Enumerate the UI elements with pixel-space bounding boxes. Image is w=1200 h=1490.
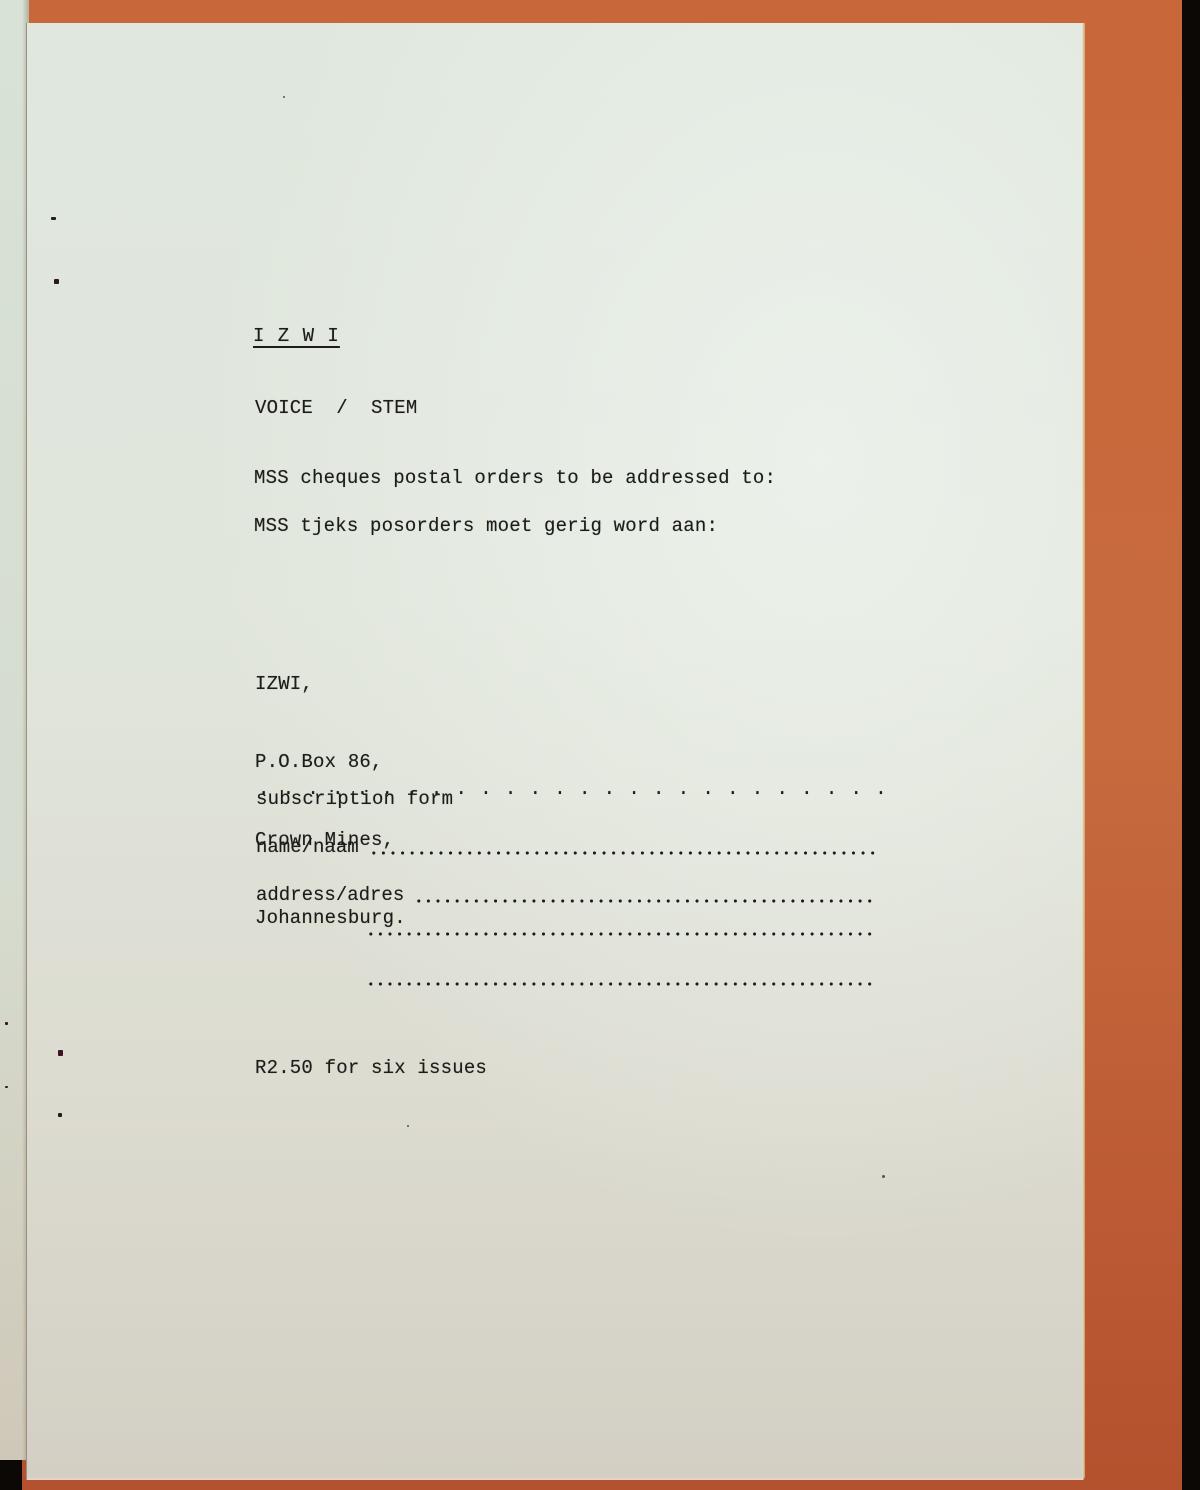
separator-dot: . (456, 778, 481, 800)
paper-speck (283, 96, 285, 98)
punch-mark (54, 279, 59, 284)
name-field-label: name/naam (256, 836, 359, 858)
subscription-form-title: subscription form (256, 788, 453, 810)
separator-dot: . (505, 778, 530, 800)
price-note: R2.50 for six issues (255, 1057, 487, 1079)
punch-mark (51, 217, 56, 220)
separator-dot: . (480, 778, 505, 800)
scanned-document-scene: I Z W I VOICE / STEM MSS cheques postal … (0, 0, 1200, 1490)
address-field[interactable]: address/adres (256, 884, 876, 906)
separator-dot: . (530, 778, 555, 800)
separator-dot: . (801, 778, 826, 800)
subtitle: VOICE / STEM (255, 397, 417, 419)
address-field-continuation[interactable] (366, 982, 876, 989)
address-field-label: address/adres (256, 884, 404, 906)
address-field-continuation[interactable] (366, 932, 876, 939)
separator-dot: . (851, 778, 876, 800)
separator-dot: . (752, 778, 777, 800)
address-fill-line-3[interactable] (366, 982, 876, 986)
underlying-page-edge (0, 0, 29, 1460)
separator-dot: . (554, 778, 579, 800)
separator-dot: . (604, 778, 629, 800)
address-line: Johannesburg. (255, 905, 406, 931)
separator-dot: . (702, 778, 727, 800)
separator-dot: . (875, 778, 900, 800)
page-right-edge (1082, 23, 1085, 1478)
name-fill-line[interactable] (369, 851, 876, 855)
punch-mark (5, 1086, 8, 1088)
punch-mark (58, 1050, 63, 1056)
address-fill-line-1[interactable] (414, 899, 876, 903)
punch-mark (58, 1113, 62, 1117)
separator-dot: . (628, 778, 653, 800)
separator-dot: . (653, 778, 678, 800)
separator-dot: . (826, 778, 851, 800)
instructions-afrikaans: MSS tjeks posorders moet gerig word aan: (254, 515, 718, 537)
masthead-title: I Z W I (253, 325, 340, 347)
separator-dot: . (579, 778, 604, 800)
instructions-english: MSS cheques postal orders to be addresse… (254, 467, 776, 489)
separator-dot: . (727, 778, 752, 800)
name-field[interactable]: name/naam (256, 836, 876, 858)
separator-dot: . (776, 778, 801, 800)
separator-dot: . (678, 778, 703, 800)
paper-speck (407, 1125, 409, 1127)
punch-mark (5, 1022, 8, 1025)
paper-speck (882, 1175, 885, 1178)
address-fill-line-2[interactable] (366, 932, 876, 936)
address-line: IZWI, (255, 671, 406, 697)
